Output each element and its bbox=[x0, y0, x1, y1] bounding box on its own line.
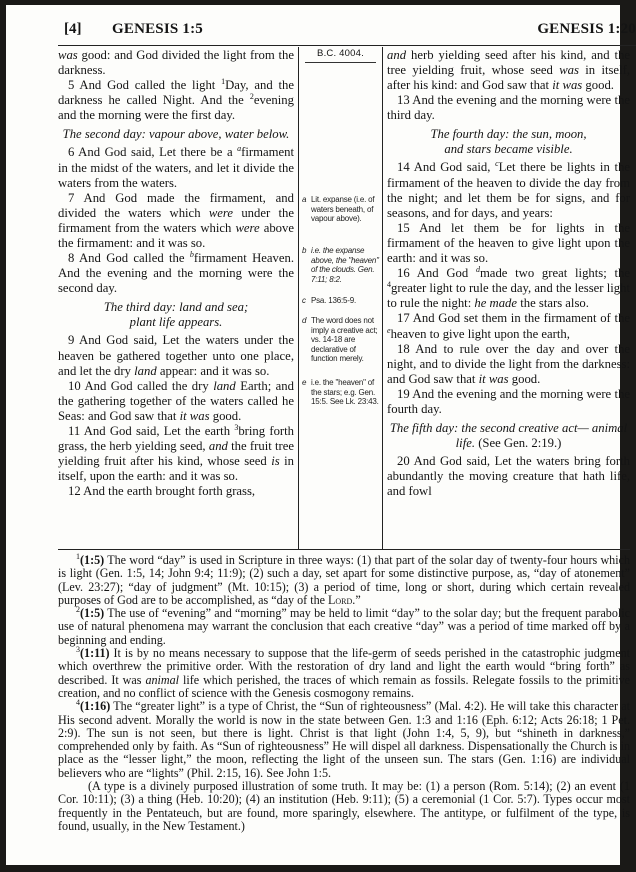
verse-20: 20 And God said, Let the waters bring fo… bbox=[387, 454, 630, 499]
left-running-head: GENESIS 1:5 bbox=[112, 21, 203, 38]
verse-5: 5 And God called the light 1Day, and the… bbox=[58, 78, 294, 123]
verse-16: 16 And God dmade two great lights; the 4… bbox=[387, 266, 630, 311]
verse-18: 18 And to rule over the day and over the… bbox=[387, 342, 630, 387]
footnote-3: 3(1:11) It is by no means necessary to s… bbox=[58, 647, 630, 700]
section-heading-day-4: The fourth day: the sun, moon,and stars … bbox=[387, 127, 630, 157]
footnote-separator bbox=[58, 549, 630, 550]
right-running-head: GENESIS 1:20 bbox=[537, 21, 636, 38]
footnote-1: 1(1:5) The word “day” is used in Scriptu… bbox=[58, 554, 630, 607]
verse-15: 15 And let them be for lights in the fir… bbox=[387, 221, 630, 266]
footnote-2: 2(1:5) The use of “evening” and “morning… bbox=[58, 607, 630, 647]
page-number: [4] bbox=[64, 21, 82, 38]
verse-10: 10 And God called the dry land Earth; an… bbox=[58, 379, 294, 424]
page-header: [4] GENESIS 1:5 GENESIS 1:20 bbox=[64, 18, 636, 40]
verse-8: 8 And God called the bfirmament Heaven. … bbox=[58, 251, 294, 296]
verse-13: 13 And the evening and the morning were … bbox=[387, 93, 630, 123]
margin-note-d: d The word does not imply a creative act… bbox=[302, 316, 380, 364]
chronology-date: B.C. 4004. bbox=[305, 48, 376, 63]
left-text-column: was good: and God divided the light from… bbox=[58, 47, 299, 549]
footnotes: 1(1:5) The word “day” is used in Scriptu… bbox=[58, 554, 630, 833]
verse-12: 12 And the earth brought forth grass, bbox=[58, 484, 294, 499]
margin-note-b: b i.e. the expanse above, the "heaven" o… bbox=[302, 246, 380, 284]
verse-7: 7 And God made the firmament, and divide… bbox=[58, 191, 294, 251]
margin-note-c: c Psa. 136:5-9. bbox=[302, 296, 380, 306]
verse-19: 19 And the evening and the morning were … bbox=[387, 387, 630, 417]
marginal-notes-column: B.C. 4004. a Lit. expanse (i.e. of water… bbox=[299, 47, 383, 549]
type-note: (A type is a divinely purposed illustrat… bbox=[58, 780, 630, 833]
right-text-column: and herb yielding seed after his kind, a… bbox=[384, 47, 630, 549]
verse-11: 11 And God said, Let the earth 3bring fo… bbox=[58, 424, 294, 484]
margin-note-e: e i.e. the "heaven" of the stars; e.g. G… bbox=[302, 378, 380, 407]
margin-note-a: a Lit. expanse (i.e. of waters beneath, … bbox=[302, 195, 380, 224]
verse-14: 14 And God said, cLet there be lights in… bbox=[387, 160, 630, 220]
section-heading-day-2: The second day: vapour above, water belo… bbox=[58, 127, 294, 142]
section-heading-day-5: The fifth day: the second creative act— … bbox=[387, 421, 630, 451]
verse-17: 17 And God set them in the firmament of … bbox=[387, 311, 630, 341]
footnote-4: 4(1:16) The “greater light” is a type of… bbox=[58, 700, 630, 780]
section-heading-day-3: The third day: land and sea;plant life a… bbox=[58, 300, 294, 330]
verse-9: 9 And God said, Let the waters under the… bbox=[58, 333, 294, 378]
header-rule bbox=[58, 45, 636, 46]
verse-6: 6 And God said, Let there be a afirmamen… bbox=[58, 145, 294, 190]
verse-4-continuation: was good: and God divided the light from… bbox=[58, 48, 294, 78]
bible-page: [4] GENESIS 1:5 GENESIS 1:20 was good: a… bbox=[6, 5, 620, 865]
verse-12-continuation: and herb yielding seed after his kind, a… bbox=[387, 48, 630, 93]
